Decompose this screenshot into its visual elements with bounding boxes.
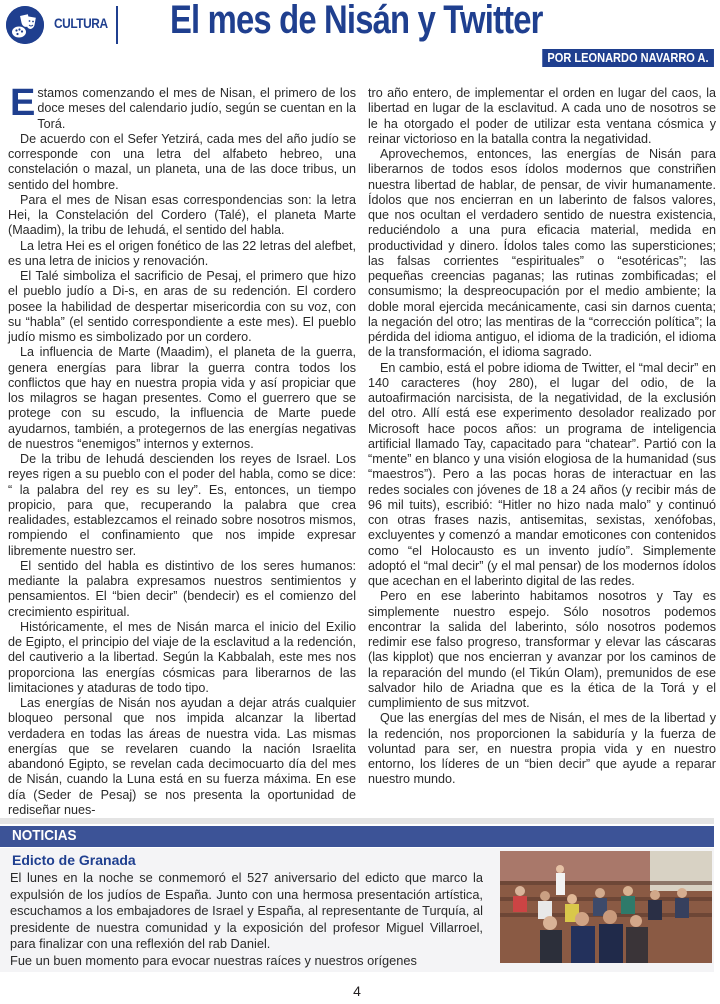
news-body: Edicto de Granada El lunes en la noche s…	[0, 848, 714, 972]
article-paragraph: tro año entero, de implementar el orden …	[368, 86, 716, 147]
audience-photo	[500, 851, 712, 963]
article-paragraph: El sentido del habla es distintivo de lo…	[8, 559, 356, 620]
theater-masks-palette-icon	[6, 6, 44, 44]
news-paragraph: El lunes en la noche se conmemoró el 527…	[10, 870, 483, 953]
news-headline: Edicto de Granada	[12, 852, 136, 868]
article-paragraph: Históricamente, el mes de Nisán marca el…	[8, 620, 356, 696]
article-paragraph: Estamos comenzando el mes de Nisan, el p…	[8, 86, 356, 132]
article-paragraph: Que las energías del mes de Nisán, el me…	[368, 711, 716, 787]
news-paragraph: Fue un buen momento para evocar nuestras…	[10, 953, 483, 970]
article-paragraph: La letra Hei es el origen fonético de la…	[8, 239, 356, 270]
article-paragraph: Aprovechemos, entonces, las energías de …	[368, 147, 716, 361]
section-label: CULTURA	[54, 15, 108, 31]
article-paragraph: Para el mes de Nisan esas correspondenci…	[8, 193, 356, 239]
article-paragraph: El Talé simboliza el sacrificio de Pesaj…	[8, 269, 356, 345]
author-byline: POR LEONARDO NAVARRO A.	[543, 49, 714, 67]
article-paragraph: Las energías de Nisán nos ayudan a dejar…	[8, 696, 356, 818]
article-paragraph: En cambio, está el pobre idioma de Twitt…	[368, 361, 716, 590]
drop-cap: E	[10, 88, 35, 118]
news-section-header: NOTICIAS	[0, 826, 714, 847]
article-paragraph: De acuerdo con el Sefer Yetzirá, cada me…	[8, 132, 356, 193]
article-paragraph: Pero en ese laberinto habitamos nosotros…	[368, 589, 716, 711]
page-number: 4	[0, 983, 714, 999]
news-top-rule	[0, 818, 714, 824]
article-paragraph: La influencia de Marte (Maadim), el plan…	[8, 345, 356, 452]
news-section: NOTICIAS Edicto de Granada El lunes en l…	[0, 818, 720, 972]
page-header: CULTURA El mes de Nisán y Twitter POR LE…	[0, 0, 720, 70]
news-text: El lunes en la noche se conmemoró el 527…	[10, 870, 483, 969]
news-section-label: NOTICIAS	[12, 827, 77, 844]
article-column-left: Estamos comenzando el mes de Nisan, el p…	[8, 86, 356, 818]
article-column-right: tro año entero, de implementar el orden …	[368, 86, 716, 788]
article-title: El mes de Nisán y Twitter	[170, 0, 543, 43]
header-divider	[116, 6, 118, 44]
article-paragraph: De la tribu de Iehudá descienden los rey…	[8, 452, 356, 559]
